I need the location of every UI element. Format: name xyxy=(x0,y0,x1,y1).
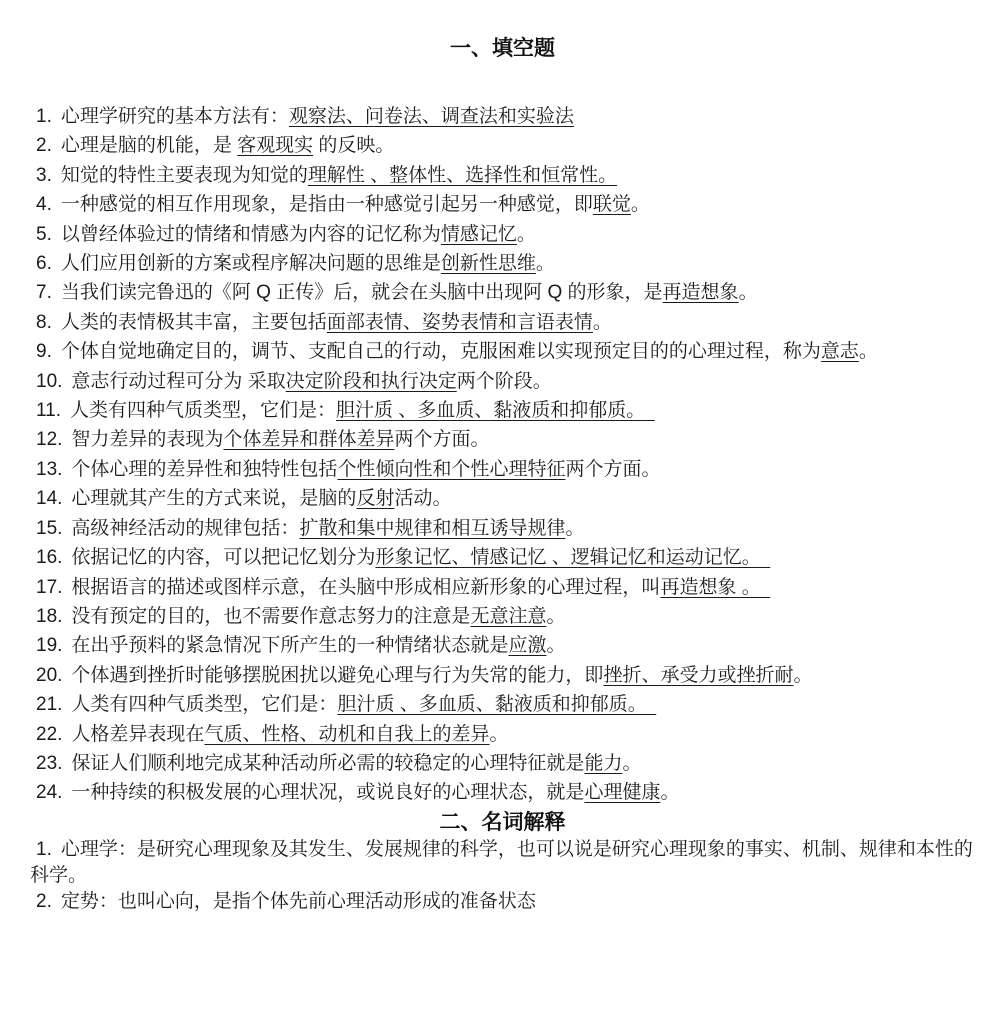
answer-blank: 创新性思维 xyxy=(441,253,536,274)
answer-blank: 再造想象 xyxy=(663,282,739,303)
item-text: 。 xyxy=(546,635,565,656)
item-text: 高级神经活动的规律包括： xyxy=(71,518,299,539)
item-text: 人格差异表现在 xyxy=(71,724,204,745)
item-number: 19. xyxy=(36,635,62,656)
item-text: 心理就其产生的方式来说，是脑的 xyxy=(71,488,356,509)
item-text: 。 xyxy=(536,253,555,274)
item-number: 16. xyxy=(36,547,62,568)
answer-blank: 扩散和集中规律和相互诱导规律 xyxy=(299,518,565,539)
fill-in-blank-list: 1.心理学研究的基本方法有：观察法、问卷法、调查法和实验法2.心理是脑的机能，是… xyxy=(30,102,975,808)
question-item: 10.意志行动过程可分为 采取决定阶段和执行决定两个阶段。 xyxy=(30,367,975,396)
item-number: 8. xyxy=(36,312,52,333)
item-text: 在出乎预料的紧急情况下所产生的一种情绪状态就是 xyxy=(71,635,508,656)
item-text: 。 xyxy=(517,224,536,245)
item-number: 3. xyxy=(36,165,52,186)
item-text: 。 xyxy=(489,724,508,745)
answer-blank: 挫折、承受力或挫折耐 xyxy=(603,665,793,686)
item-number: 22. xyxy=(36,724,62,745)
item-text: 两个阶段。 xyxy=(457,371,552,392)
question-item: 16.依据记忆的内容，可以把记忆划分为形象记忆、情感记忆 、逻辑记忆和运动记忆。 xyxy=(30,543,975,572)
item-number: 2. xyxy=(36,135,52,156)
item-number: 20. xyxy=(36,665,62,686)
section-title-term-definitions: 二、名词解释 xyxy=(30,808,975,837)
item-text: 根据语言的描述或图样示意，在头脑中形成相应新形象的心理过程，叫 xyxy=(71,577,660,598)
item-text: 。 xyxy=(739,282,758,303)
answer-blank: 心理健康 xyxy=(584,782,660,803)
question-item: 13.个体心理的差异性和独特性包括个性倾向性和个性心理特征两个方面。 xyxy=(30,455,975,484)
item-text: 。 xyxy=(631,194,650,215)
item-text: 意志行动过程可分为 采取 xyxy=(71,371,285,392)
item-text: 人类有四种气质类型，它们是： xyxy=(71,694,337,715)
item-text: 没有预定的目的，也不需要作意志努力的注意是 xyxy=(71,606,470,627)
item-number: 11. xyxy=(36,400,61,421)
answer-blank: 理解性 、整体性、选择性和恒常性。 xyxy=(308,165,617,186)
item-text: 保证人们顺利地完成某种活动所必需的较稳定的心理特征就是 xyxy=(71,753,584,774)
answer-blank: 面部表情、姿势表情和言语表情 xyxy=(327,312,593,333)
question-item: 20.个体遇到挫折时能够摆脱困扰以避免心理与行为失常的能力，即挫折、承受力或挫折… xyxy=(30,661,975,690)
item-text: 定势：也叫心向，是指个体先前心理活动形成的准备状态 xyxy=(61,891,536,912)
question-item: 7.当我们读完鲁迅的《阿 Q 正传》后，就会在头脑中出现阿 Q 的形象，是再造想… xyxy=(30,278,975,307)
item-text: 智力差异的表现为 xyxy=(71,429,223,450)
question-item: 2.心理是脑的机能，是 客观现实 的反映。 xyxy=(30,131,975,160)
item-number: 4. xyxy=(36,194,52,215)
item-text: 知觉的特性主要表现为知觉的 xyxy=(61,165,308,186)
answer-blank: 无意注意 xyxy=(470,606,546,627)
item-number: 17. xyxy=(36,577,62,598)
item-text: 的反映。 xyxy=(313,135,394,156)
term-definition-list: 1.心理学：是研究心理现象及其发生、发展规律的科学，也可以说是研究心理现象的事实… xyxy=(30,837,975,915)
item-text: 心理是脑的机能，是 xyxy=(61,135,237,156)
question-item: 14.心理就其产生的方式来说，是脑的反射活动。 xyxy=(30,484,975,513)
item-text: 依据记忆的内容，可以把记忆划分为 xyxy=(71,547,375,568)
item-text: 以曾经体验过的情绪和情感为内容的记忆称为 xyxy=(61,224,441,245)
answer-blank: 联觉 xyxy=(593,194,631,215)
answer-blank: 胆汁质 、多血质、黏液质和抑郁质。 xyxy=(336,400,655,421)
question-item: 9.个体自觉地确定目的，调节、支配自己的行动，克服困难以实现预定目的的心理过程，… xyxy=(30,337,975,366)
item-text: 个体心理的差异性和独特性包括 xyxy=(71,459,337,480)
question-item: 18.没有预定的目的，也不需要作意志努力的注意是无意注意。 xyxy=(30,602,975,631)
question-item: 8.人类的表情极其丰富，主要包括面部表情、姿势表情和言语表情。 xyxy=(30,308,975,337)
item-text: 人们应用创新的方案或程序解决问题的思维是 xyxy=(61,253,441,274)
answer-blank: 客观现实 xyxy=(237,135,313,156)
question-item: 19.在出乎预料的紧急情况下所产生的一种情绪状态就是应激。 xyxy=(30,631,975,660)
item-text: 个体自觉地确定目的，调节、支配自己的行动，克服困难以实现预定目的的心理过程，称为 xyxy=(61,341,821,362)
item-text: 。 xyxy=(859,341,878,362)
item-text: 心理学研究的基本方法有： xyxy=(61,106,289,127)
question-item: 15.高级神经活动的规律包括：扩散和集中规律和相互诱导规律。 xyxy=(30,514,975,543)
question-item: 23.保证人们顺利地完成某种活动所必需的较稳定的心理特征就是能力。 xyxy=(30,749,975,778)
answer-blank: 能力 xyxy=(584,753,622,774)
item-text: 一种感觉的相互作用现象，是指由一种感觉引起另一种感觉，即 xyxy=(61,194,593,215)
answer-blank: 个性倾向性和个性心理特征 xyxy=(337,459,565,480)
item-number: 10. xyxy=(36,371,62,392)
item-number: 24. xyxy=(36,782,62,803)
item-text: 。 xyxy=(660,782,679,803)
item-text: 。 xyxy=(793,665,812,686)
question-item: 4.一种感觉的相互作用现象，是指由一种感觉引起另一种感觉，即联觉。 xyxy=(30,190,975,219)
question-item: 22.人格差异表现在气质、性格、动机和自我上的差异。 xyxy=(30,720,975,749)
question-item: 1.心理学研究的基本方法有：观察法、问卷法、调查法和实验法 xyxy=(30,102,975,131)
item-text: 当我们读完鲁迅的《阿 Q 正传》后，就会在头脑中出现阿 Q 的形象，是 xyxy=(61,282,663,303)
item-number: 13. xyxy=(36,459,62,480)
item-number: 18. xyxy=(36,606,62,627)
question-item: 12.智力差异的表现为个体差异和群体差异两个方面。 xyxy=(30,425,975,454)
item-text: 。 xyxy=(546,606,565,627)
item-number: 7. xyxy=(36,282,52,303)
item-text: 人类的表情极其丰富，主要包括 xyxy=(61,312,327,333)
item-number: 2. xyxy=(36,891,52,912)
question-item: 6.人们应用创新的方案或程序解决问题的思维是创新性思维。 xyxy=(30,249,975,278)
item-number: 5. xyxy=(36,224,52,245)
question-item: 2.定势：也叫心向，是指个体先前心理活动形成的准备状态 xyxy=(30,889,975,915)
question-item: 21.人类有四种气质类型，它们是：胆汁质 、多血质、黏液质和抑郁质。 xyxy=(30,690,975,719)
item-number: 15. xyxy=(36,518,62,539)
answer-blank: 个体差异和群体差异 xyxy=(223,429,394,450)
section-title-fill-in-blanks: 一、填空题 xyxy=(30,36,975,62)
item-text: 两个方面。 xyxy=(394,429,489,450)
item-text: 心理学：是研究心理现象及其发生、发展规律的科学，也可以说是研究心理现象的事实、机… xyxy=(30,839,973,886)
item-text: 个体遇到挫折时能够摆脱困扰以避免心理与行为失常的能力，即 xyxy=(71,665,603,686)
item-number: 14. xyxy=(36,488,62,509)
item-text: 活动。 xyxy=(394,488,451,509)
item-text: 两个方面。 xyxy=(565,459,660,480)
question-item: 11.人类有四种气质类型，它们是：胆汁质 、多血质、黏液质和抑郁质。 xyxy=(30,396,975,425)
answer-blank: 情感记忆 xyxy=(441,224,517,245)
answer-blank: 意志 xyxy=(821,341,859,362)
item-text: 。 xyxy=(565,518,584,539)
item-number: 23. xyxy=(36,753,62,774)
question-item: 3.知觉的特性主要表现为知觉的理解性 、整体性、选择性和恒常性。 xyxy=(30,161,975,190)
item-number: 12. xyxy=(36,429,62,450)
item-number: 1. xyxy=(36,106,52,127)
question-item: 5.以曾经体验过的情绪和情感为内容的记忆称为情感记忆。 xyxy=(30,220,975,249)
item-number: 1. xyxy=(36,839,52,860)
answer-blank: 决定阶段和执行决定 xyxy=(286,371,457,392)
item-number: 9. xyxy=(36,341,52,362)
question-item: 1.心理学：是研究心理现象及其发生、发展规律的科学，也可以说是研究心理现象的事实… xyxy=(30,837,975,889)
question-item: 17.根据语言的描述或图样示意，在头脑中形成相应新形象的心理过程，叫再造想象 。 xyxy=(30,573,975,602)
item-text: 。 xyxy=(622,753,641,774)
answer-blank: 反射 xyxy=(356,488,394,509)
item-text: 一种持续的积极发展的心理状况，或说良好的心理状态，就是 xyxy=(71,782,584,803)
answer-blank: 再造想象 。 xyxy=(660,577,770,598)
item-text: 。 xyxy=(593,312,612,333)
item-number: 21. xyxy=(36,694,62,715)
answer-blank: 气质、性格、动机和自我上的差异 xyxy=(204,724,489,745)
item-number: 6. xyxy=(36,253,52,274)
question-item: 24.一种持续的积极发展的心理状况，或说良好的心理状态，就是心理健康。 xyxy=(30,778,975,807)
answer-blank: 胆汁质 、多血质、黏液质和抑郁质。 xyxy=(337,694,656,715)
answer-blank: 应激 xyxy=(508,635,546,656)
document-page: 一、填空题 1.心理学研究的基本方法有：观察法、问卷法、调查法和实验法2.心理是… xyxy=(0,0,1005,1017)
answer-blank: 观察法、问卷法、调查法和实验法 xyxy=(289,106,574,127)
answer-blank: 形象记忆、情感记忆 、逻辑记忆和运动记忆。 xyxy=(375,547,770,568)
item-text: 人类有四种气质类型，它们是： xyxy=(70,400,336,421)
